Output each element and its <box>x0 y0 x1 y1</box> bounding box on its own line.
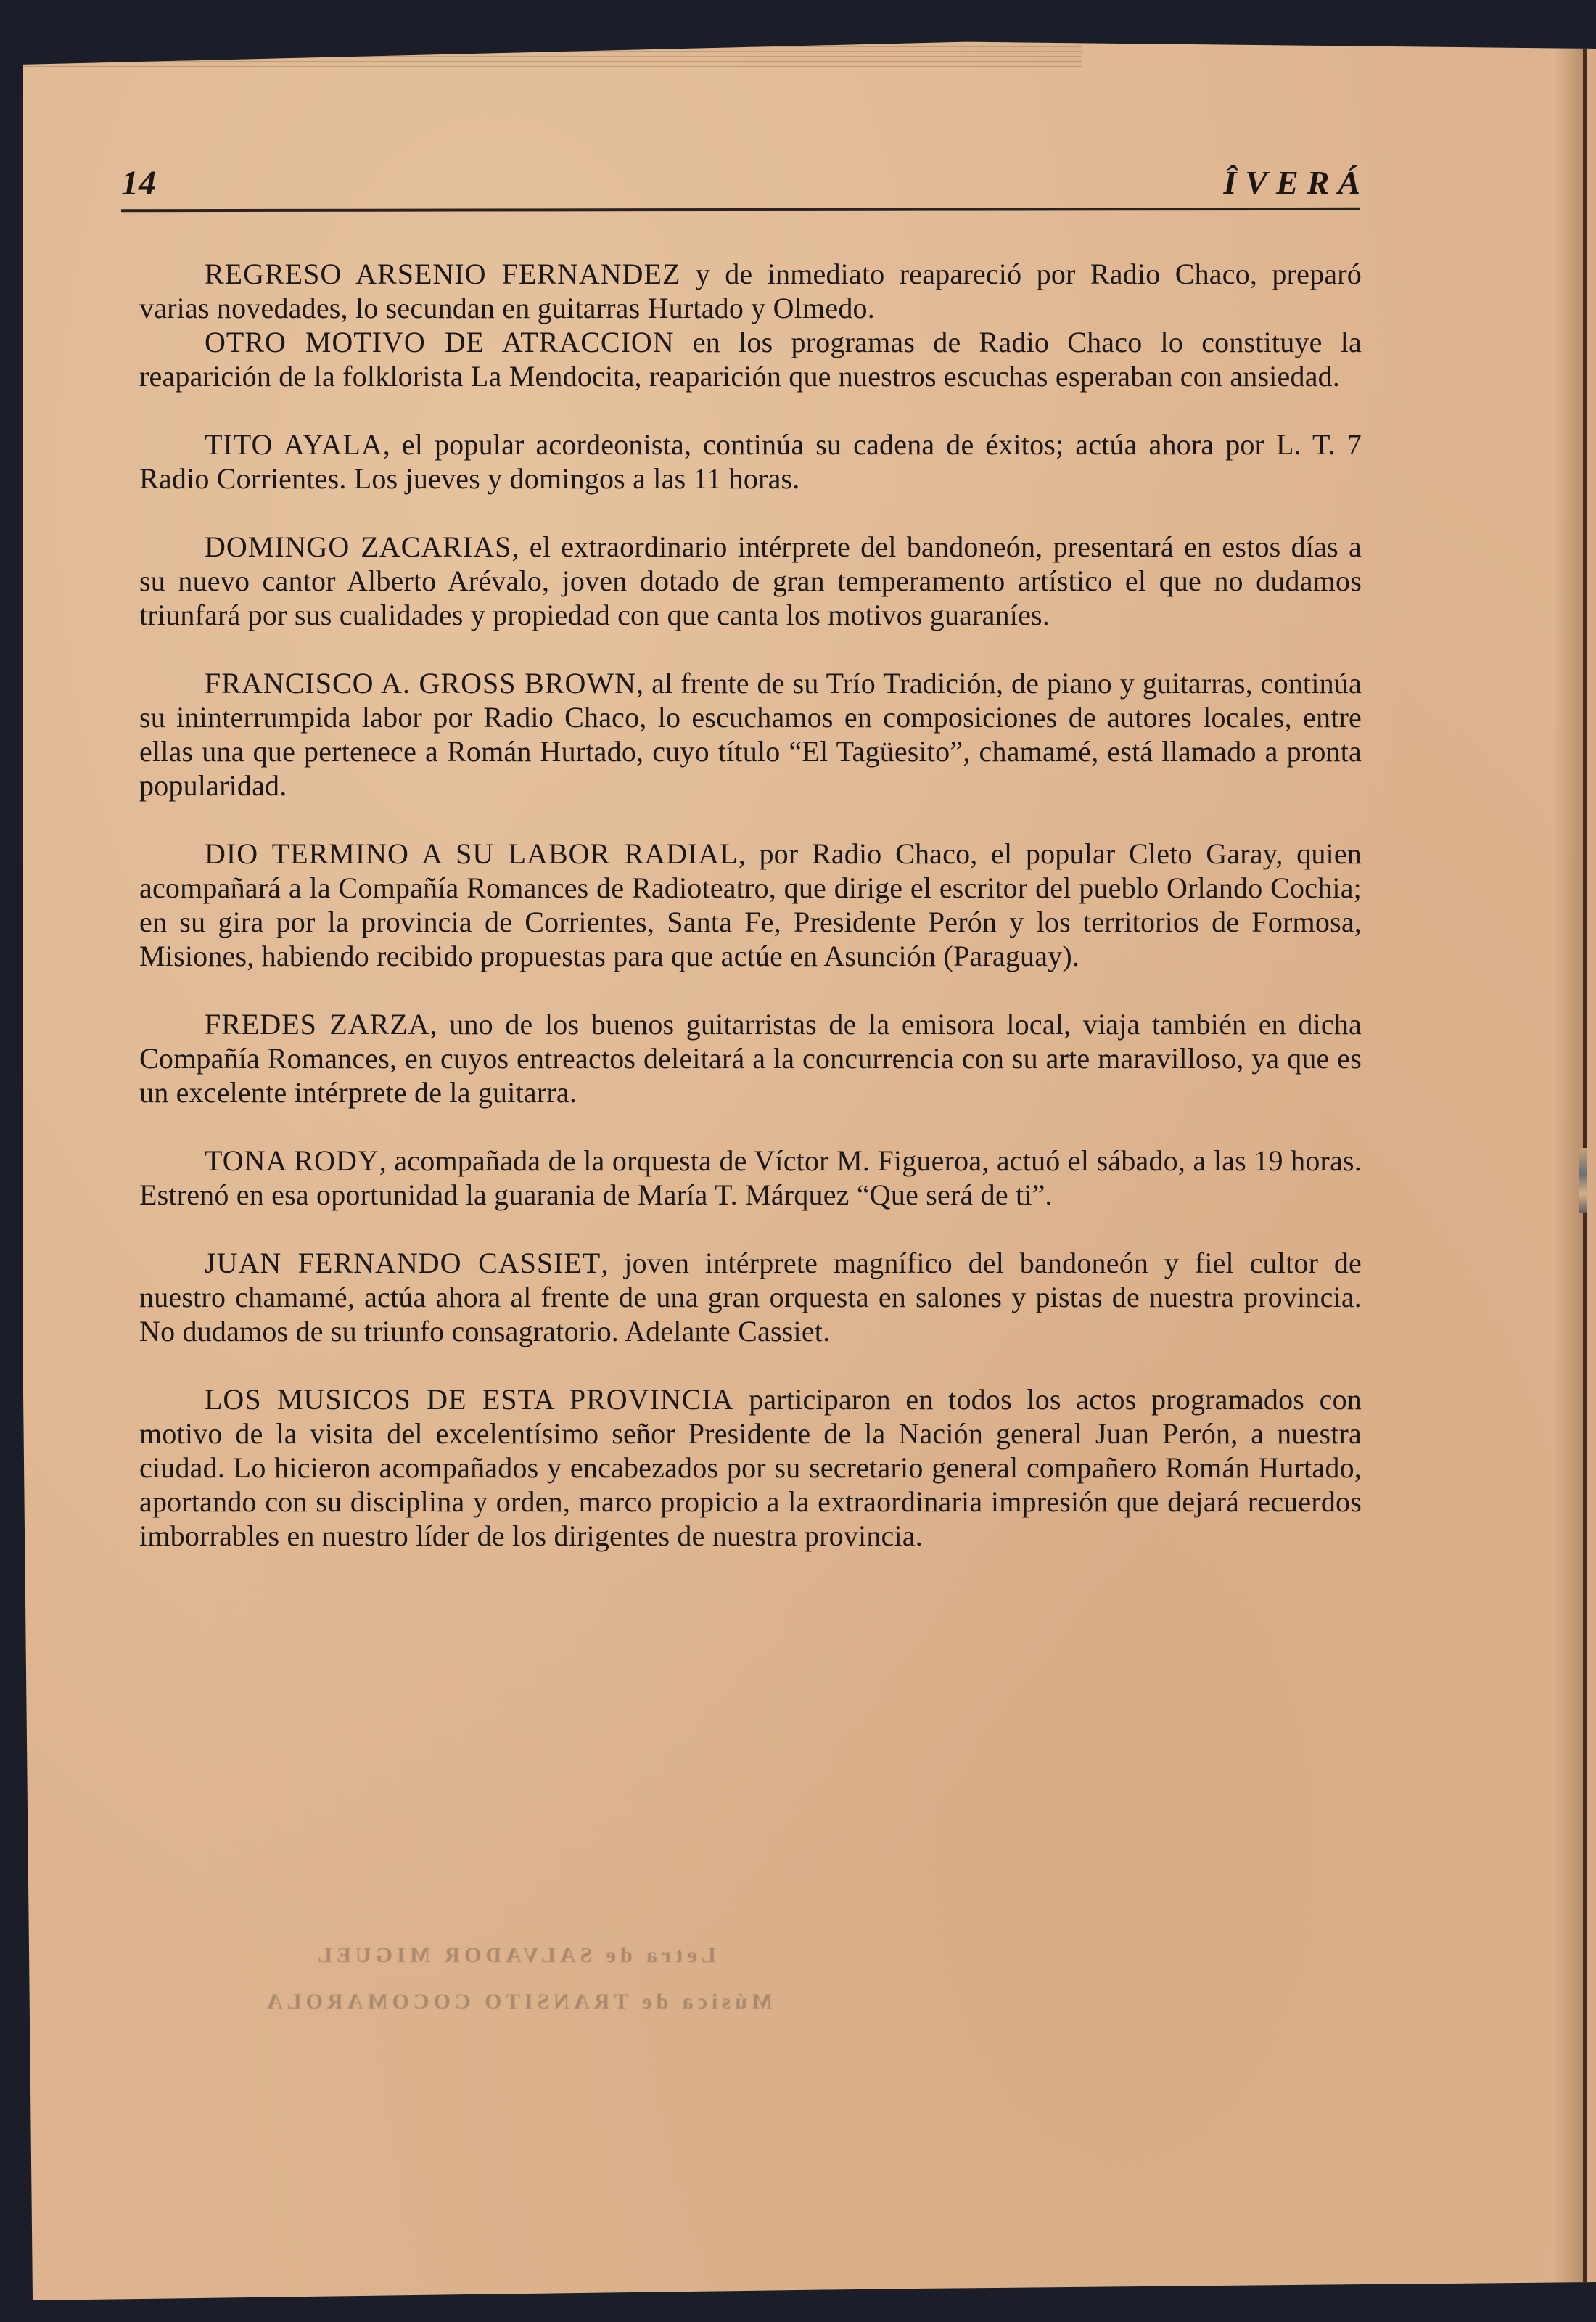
news-item-juan-fernando-cassiet: JUAN FERNANDO CASSIET, joven intérprete … <box>139 1246 1362 1348</box>
reverse-page-showthrough-line-1: Letra de SALVADOR MIGUEL <box>313 1943 716 1968</box>
article-column: REGRESO ARSENIO FERNANDEZ y de inmediato… <box>139 257 1362 1587</box>
running-header: 14 ÎVERÁ <box>121 157 1360 201</box>
news-lead: DIO TERMINO A SU LABOR RADIAL <box>205 837 739 870</box>
magazine-page: 14 ÎVERÁ REGRESO ARSENIO FERNANDEZ y de … <box>23 30 1596 2300</box>
news-item-cleto-garay: DIO TERMINO A SU LABOR RADIAL, por Radio… <box>139 837 1362 973</box>
magazine-title: ÎVERÁ <box>1223 166 1369 200</box>
page-top-edge <box>23 30 1082 67</box>
news-lead: FRANCISCO A. GROSS BROWN <box>205 667 636 700</box>
news-lead: TITO AYALA <box>205 428 383 461</box>
news-lead: REGRESO ARSENIO FERNANDEZ <box>205 258 680 290</box>
news-lead: JUAN FERNANDO CASSIET <box>205 1247 601 1279</box>
header-rule <box>121 208 1360 212</box>
news-lead: FREDES ZARZA <box>205 1008 430 1041</box>
news-item-domingo-zacarias: DOMINGO ZACARIAS, el extraordinario inté… <box>139 530 1362 632</box>
news-item-arsenio-fernandez: REGRESO ARSENIO FERNANDEZ y de inmediato… <box>139 257 1362 325</box>
news-lead: OTRO MOTIVO DE ATRACCION <box>205 326 675 358</box>
news-item-otro-motivo: OTRO MOTIVO DE ATRACCION en los programa… <box>139 325 1362 393</box>
adjacent-page-edge <box>1587 30 1596 2300</box>
news-item-francisco-gross-brown: FRANCISCO A. GROSS BROWN, al frente de s… <box>139 666 1362 803</box>
news-lead: DOMINGO ZACARIAS <box>205 530 511 563</box>
page-number: 14 <box>121 166 156 201</box>
reverse-page-showthrough-line-2: Música de TRANSITO COCOMAROLA <box>263 1990 772 2014</box>
news-item-musicos-provincia: LOS MUSICOS DE ESTA PROVINCIA participar… <box>139 1382 1362 1553</box>
news-item-tona-rody: TONA RODY, acompañada de la orquesta de … <box>139 1144 1362 1212</box>
news-lead: LOS MUSICOS DE ESTA PROVINCIA <box>205 1383 734 1416</box>
news-lead: TONA RODY <box>205 1144 379 1177</box>
news-item-fredes-zarza: FREDES ZARZA, uno de los buenos guitarri… <box>139 1007 1362 1109</box>
news-item-tito-ayala: TITO AYALA, el popular acordeonista, con… <box>139 427 1362 496</box>
